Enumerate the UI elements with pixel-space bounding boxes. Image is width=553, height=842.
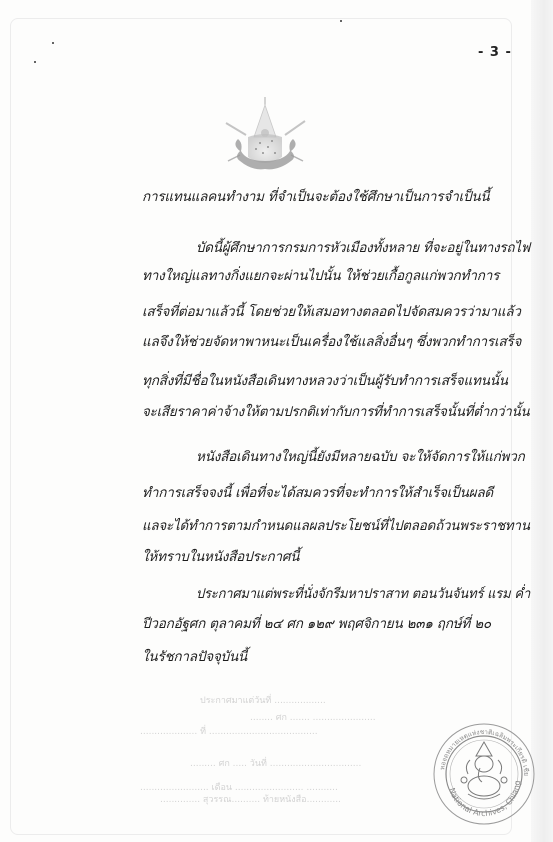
document-page: - 3 - การแทนแลคนทำงาม ที่จำเป็นจะต้องใช้… xyxy=(0,0,553,842)
faded-form-line: ประกาศมาแต่วันที่ .................. xyxy=(200,693,326,707)
faded-form-line: .................... ที่ ...............… xyxy=(140,724,318,738)
body-line: ในรัชกาลปัจจุบันนี้ xyxy=(142,645,247,667)
faded-form-line: ........ ศก ....... ....................… xyxy=(250,710,376,724)
dust-speck xyxy=(52,42,54,44)
body-line: ปีวอกอัฐศก ตุลาคมที่ ๒๔ ศก ๑๒๙ พฤศจิกายน… xyxy=(142,612,491,634)
body-line: ทุกสิ่งที่มีชื่อในหนังสือเดินทางหลวงว่าเ… xyxy=(142,369,508,391)
body-line: แลจะได้ทำการตามกำหนดแลผลประโยชน์ที่ไปตลอ… xyxy=(142,514,530,536)
royal-crown-emblem-icon xyxy=(218,95,313,175)
dust-speck xyxy=(340,20,342,22)
body-line: เสร็จที่ต่อมาแล้วนี้ โดยช่วยให้เสมอทางตล… xyxy=(142,300,521,322)
body-line: จะเสียราคาค่าจ้างให้ตามปรกติเท่ากับการที… xyxy=(142,400,529,422)
body-line: การแทนแลคนทำงาม ที่จำเป็นจะต้องใช้ศึกษาเ… xyxy=(142,185,489,207)
page-edge-shadow xyxy=(531,0,553,842)
faded-form-line: ......... ศก ..... วันที่ ..............… xyxy=(190,756,361,770)
faded-form-line: .............. สุวรรณ.......... ท้ายหนัง… xyxy=(160,792,341,806)
dust-speck xyxy=(34,61,36,63)
body-line: ประกาศมาแต่พระที่นั่งจักรีมหาปราสาท ตอนว… xyxy=(196,582,530,604)
body-line: ให้ทราบในหนังสือประกาศนี้ xyxy=(142,545,299,567)
body-line: ทำการเสร็จจงนี้ เพื่อที่จะได้สมควรที่จะท… xyxy=(142,481,493,503)
archive-seal-icon: หอจดหมายเหตุแห่งชาติเฉลิมพระเกียรติ เชีย… xyxy=(430,720,538,828)
body-line: หนังสือเดินทางใหญ่นี้ยังมีหลายฉบับ จะให้… xyxy=(196,445,525,467)
body-line: ทางใหญ่แลทางกิ่งแยกจะผ่านไปนั้น ให้ช่วยเ… xyxy=(142,264,499,286)
page-number: - 3 - xyxy=(478,45,512,60)
body-line: บัดนี้ผู้ศึกษาการกรมการหัวเมืองทั้งหลาย … xyxy=(196,236,530,258)
body-line: แลจึงให้ช่วยจัดหาพาหนะเป็นเครื่องใช้แลสิ… xyxy=(142,330,521,352)
